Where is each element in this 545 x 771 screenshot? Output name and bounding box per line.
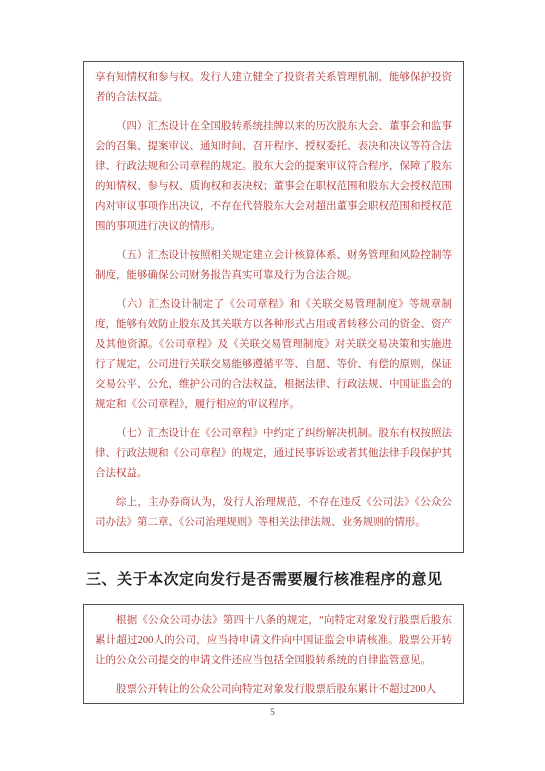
approval-procedure-box: 根据《公众公司办法》第四十八条的规定，“向特定对象发行股票后股东累计超过200人… (83, 604, 464, 704)
governance-opinion-box: 享有知情权和参与权。发行人建立健全了投资者关系管理机制，能够保护投资者的合法权益… (83, 61, 464, 553)
section-heading: 三、关于本次定向发行是否需要履行核准程序的意见 (86, 568, 506, 589)
paragraph-item-7: （七）汇杰设计在《公司章程》中约定了纠纷解决机制。股东有权按照法律、行政法规和《… (95, 424, 452, 484)
paragraph-item-4: （四）汇杰设计在全国股转系统挂牌以来的历次股东大会、董事会和监事会的召集、提案审… (95, 117, 452, 237)
paragraph-conclusion: 综上，主办券商认为，发行人治理规范，不存在违反《公司法》《公众公司办法》第二章、… (95, 493, 452, 533)
paragraph-item-6: （六）汇杰设计制定了《公司章程》和《关联交易管理制度》等规章制度，能够有效防止股… (95, 295, 452, 415)
paragraph-regulation-quote: 根据《公众公司办法》第四十八条的规定，“向特定对象发行股票后股东累计超过200人… (95, 611, 452, 671)
paragraph-continuation: 享有知情权和参与权。发行人建立健全了投资者关系管理机制，能够保护投资者的合法权益… (95, 68, 452, 108)
page-number: 5 (0, 708, 545, 718)
paragraph-item-5: （五）汇杰设计按照相关规定建立会计核算体系、财务管理和风险控制等制度，能够确保公… (95, 246, 452, 286)
paragraph-exemption: 股票公开转让的公众公司向特定对象发行股票后股东累计不超过200人 (95, 680, 452, 700)
document-page: 享有知情权和参与权。发行人建立健全了投资者关系管理机制，能够保护投资者的合法权益… (0, 0, 545, 771)
